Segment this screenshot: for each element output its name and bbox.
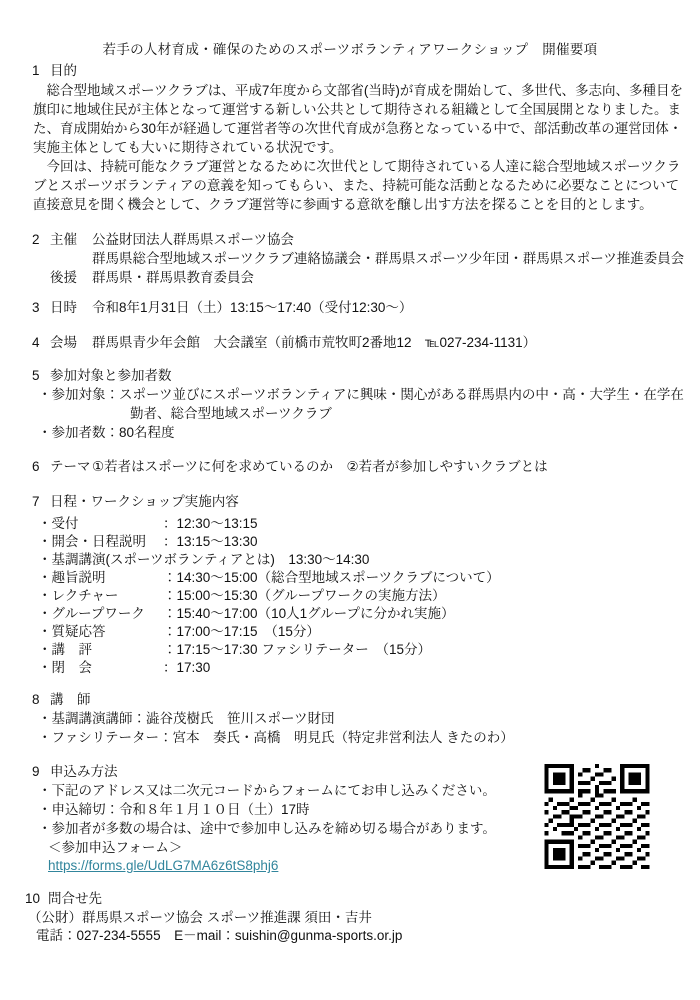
section-3-heading: 3 日時 令和8年1月31日（土）13:15～17:40（受付12:30～）	[0, 298, 700, 317]
section-label: 講 師	[50, 690, 91, 709]
doc-title: 若手の人材育成・確保のためのスポーツボランティアワークショップ 開催要項	[0, 40, 700, 59]
schedule-row-review: ・講 評 ：17:15～17:30 ファシリテーター （15分）	[0, 640, 700, 659]
purpose-paragraph1-line1: 総合型地域スポーツクラブは、平成7年度から文部省(当時)が育成を開始して、多世代…	[0, 81, 700, 100]
section-8-heading: 8 講 師	[0, 690, 700, 709]
section-number: 8	[32, 690, 40, 709]
section-number: 3	[32, 298, 40, 317]
section-label: 主催	[50, 230, 77, 249]
section-label: 目的	[50, 61, 77, 80]
contact-org: （公財）群馬県スポーツ協会 スポーツ推進課 須田・吉井	[0, 908, 700, 927]
venue-info: 群馬県青少年会館 大会議室（前橋市荒牧町2番地12 ℡027-234-1131）	[92, 333, 536, 352]
section-label: 会場	[50, 333, 77, 352]
section-7-heading: 7 日程・ワークショップ実施内容	[0, 492, 700, 511]
co-organizers: 群馬県総合型地域スポーツクラブ連絡協議会・群馬県スポーツ少年団・群馬県スポーツ推…	[0, 249, 700, 268]
schedule-row-opening: ・開会・日程説明 ：13:15～13:30	[0, 532, 700, 551]
section-label: 参加対象と参加者数	[50, 366, 172, 385]
purpose-paragraph2-line2: ブとスポーツボランティアの意義を知ってもらい、また、持続可能な活動となるために必…	[0, 176, 700, 195]
application-form-qr-code	[543, 764, 651, 869]
purpose-paragraph1-line2: 旗印に地域住民が主体となって運営する新しい公共として期待される組織として全国展開…	[0, 100, 700, 119]
schedule-row-groupwork: ・グループワーク ：15:40～17:00（10人1グループに分かれ実施）	[0, 604, 700, 623]
section-label: 申込み方法	[50, 762, 118, 781]
section-label: 日程・ワークショップ実施内容	[50, 492, 239, 511]
section-label: 日時	[50, 298, 77, 317]
application-form-link[interactable]: https://forms.gle/UdLG7MA6z6tS8phj6	[48, 858, 278, 873]
section-label: 問合せ先	[48, 889, 102, 908]
section-number: 10	[25, 889, 40, 908]
supporter-row: 後援 群馬県・群馬県教育委員会	[0, 268, 700, 287]
target-audience-line1: ・参加対象：スポーツ並びにスポーツボランティアに興味・関心がある群馬県内の中・高…	[0, 385, 700, 404]
event-datetime: 令和8年1月31日（土）13:15～17:40（受付12:30～）	[92, 298, 412, 317]
supporter-name: 群馬県・群馬県教育委員会	[92, 268, 254, 287]
schedule-row-closing: ・閉 会 ：17:30	[0, 658, 700, 677]
section-6-heading: 6 テーマ ①若者はスポーツに何を求めているのか ②若者が参加しやすいクラブとは	[0, 457, 700, 476]
section-1-heading: 1 目的	[0, 61, 700, 80]
participant-count: ・参加者数：80名程度	[0, 423, 700, 442]
keynote-speaker: ・基調講演講師：澁谷茂樹氏 笹川スポーツ財団	[0, 709, 700, 728]
target-audience-line2: 勤者、総合型地域スポーツクラブ	[0, 404, 700, 423]
purpose-paragraph2-line3: 直接意見を聞く機会として、クラブ運営等に参画する意欲を醸し出す方法を探ることを目…	[0, 195, 700, 214]
purpose-paragraph2-line1: 今回は、持続可能なクラブ運営となるために次世代として期待されている人達に総合型地…	[0, 157, 700, 176]
section-10-heading: 10 問合せ先	[0, 889, 700, 908]
section-number: 5	[32, 366, 40, 385]
section-number: 7	[32, 492, 40, 511]
theme-text: ①若者はスポーツに何を求めているのか ②若者が参加しやすいクラブとは	[92, 457, 548, 476]
document-page: 若手の人材育成・確保のためのスポーツボランティアワークショップ 開催要項 1 目…	[0, 0, 700, 1000]
schedule-row-overview: ・趣旨説明 ：14:30～15:00（総合型地域スポーツクラブについて）	[0, 568, 700, 587]
schedule-row-lecture: ・レクチャー ：15:00～15:30（グループワークの実施方法）	[0, 586, 700, 605]
section-2-heading: 2 主催 公益財団法人群馬県スポーツ協会	[0, 230, 700, 249]
section-label: テーマ	[50, 457, 91, 476]
facilitators: ・ファシリテーター：宮本 奏氏・高橋 明見氏（特定非営利法人 きたのわ）	[0, 728, 700, 747]
contact-phone-email: 電話：027-234-5555 E－mail：suishin@gunma-spo…	[0, 926, 700, 945]
supporter-label: 後援	[50, 268, 77, 287]
purpose-paragraph1-line4: 実施主体としても大いに期待されている状況です。	[0, 138, 700, 157]
schedule-row-keynote: ・基調講演(スポーツボランティアとは) 13:30～14:30	[0, 550, 700, 569]
organizer-name: 公益財団法人群馬県スポーツ協会	[92, 230, 294, 249]
section-number: 2	[32, 230, 40, 249]
section-number: 9	[32, 762, 40, 781]
schedule-row-qa: ・質疑応答 ：17:00～17:15 （15分）	[0, 622, 700, 641]
section-5-heading: 5 参加対象と参加者数	[0, 366, 700, 385]
schedule-row-reception: ・受付 ：12:30～13:15	[0, 514, 700, 533]
section-number: 6	[32, 457, 40, 476]
section-number: 4	[32, 333, 40, 352]
purpose-paragraph1-line3: た、育成開始から30年が経過して運営者等の次世代育成が急務となっている中で、部活…	[0, 119, 700, 138]
section-4-heading: 4 会場 群馬県青少年会館 大会議室（前橋市荒牧町2番地12 ℡027-234-…	[0, 333, 700, 352]
section-number: 1	[32, 61, 40, 80]
